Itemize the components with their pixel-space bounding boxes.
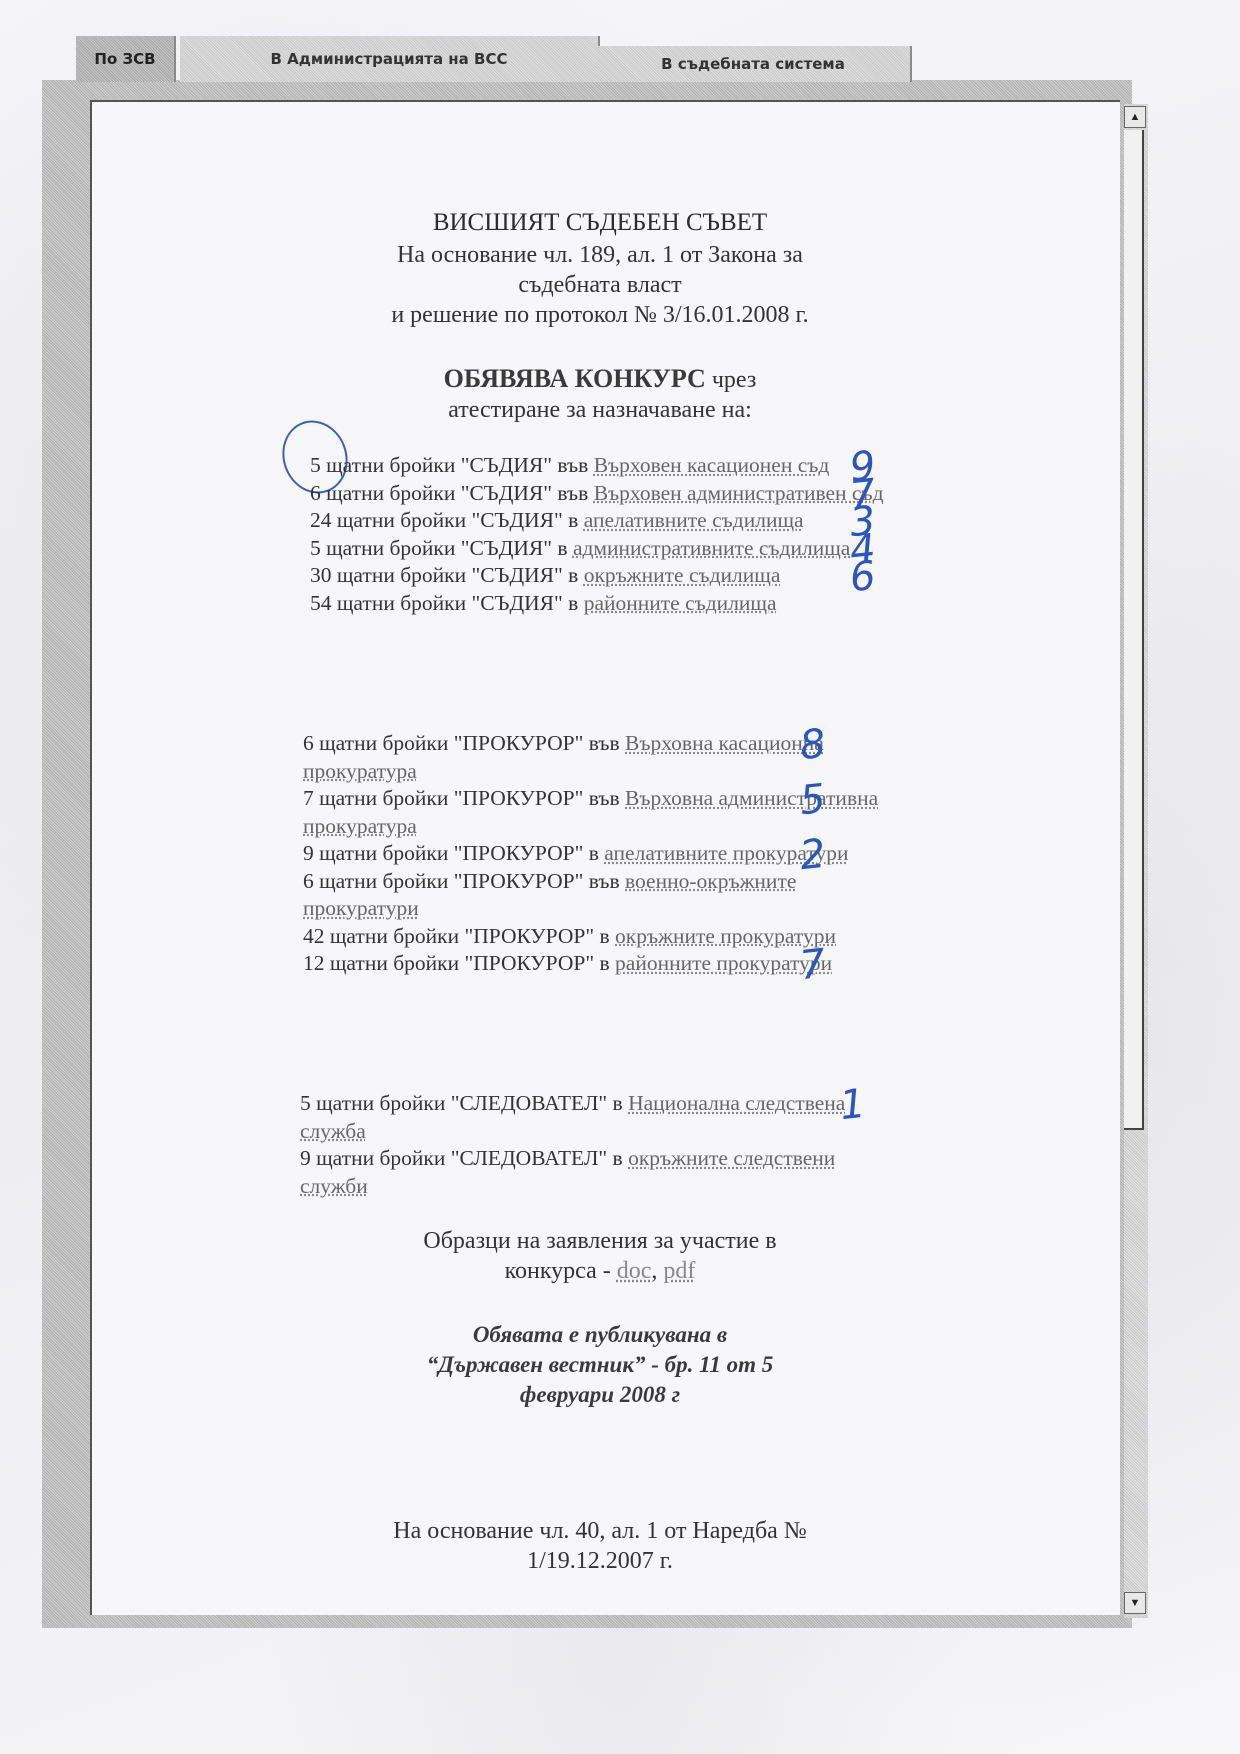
position-count-text: 9 щатни бройки "СЛЕДОВАТЕЛ" в bbox=[300, 1146, 628, 1170]
position-item: 5 щатни бройки "СЪДИЯ" в административни… bbox=[310, 535, 910, 563]
handwritten-number: 2 bbox=[798, 831, 828, 879]
handwritten-number: 8 bbox=[798, 721, 828, 769]
position-item: 5 щатни бройки "СЪДИЯ" във Върховен каса… bbox=[310, 452, 910, 480]
position-count-text: 5 щатни бройки "СЪДИЯ" във bbox=[310, 453, 594, 477]
institution-link[interactable]: районните съдилища bbox=[584, 591, 777, 615]
council-title: ВИСШИЯТ СЪДЕБЕН СЪВЕТ bbox=[220, 208, 980, 238]
publication-note: Обявата е публикувана в “Държавен вестни… bbox=[220, 1320, 980, 1410]
position-item: 6 щатни бройки "СЪДИЯ" във Върховен адми… bbox=[310, 480, 910, 508]
arrow-down-icon: ▼ bbox=[1130, 1597, 1141, 1609]
position-count-text: 6 щатни бройки "ПРОКУРОР" във bbox=[303, 731, 625, 755]
position-count-text: 54 щатни бройки "СЪДИЯ" в bbox=[310, 591, 584, 615]
position-count-text: 30 щатни бройки "СЪДИЯ" в bbox=[310, 563, 584, 587]
handwritten-number: 5 bbox=[798, 776, 828, 824]
tab-po-zsv[interactable]: По ЗСВ bbox=[76, 36, 176, 82]
position-count-text: 6 щатни бройки "СЪДИЯ" във bbox=[310, 481, 594, 505]
position-count-text: 24 щатни бройки "СЪДИЯ" в bbox=[310, 508, 584, 532]
tab-bar: По ЗСВ В Администрацията на ВСС В съдебн… bbox=[76, 36, 912, 82]
scroll-down-button[interactable]: ▼ bbox=[1124, 1592, 1146, 1614]
institution-link[interactable]: окръжните съдилища bbox=[584, 563, 781, 587]
vertical-scrollbar[interactable]: ▲ ▼ bbox=[1124, 104, 1148, 1618]
position-item: 5 щатни бройки "СЛЕДОВАТЕЛ" в Национална… bbox=[300, 1090, 900, 1145]
competition-announcement: ОБЯВЯВА КОНКУРС чрез атестиране за назна… bbox=[220, 364, 980, 425]
investigators-list: 5 щатни бройки "СЛЕДОВАТЕЛ" в Национална… bbox=[300, 1090, 900, 1200]
position-count-text: 5 щатни бройки "СЛЕДОВАТЕЛ" в bbox=[300, 1091, 628, 1115]
handwritten-number: 6 bbox=[848, 553, 878, 601]
scroll-up-button[interactable]: ▲ bbox=[1124, 106, 1146, 128]
doc-link[interactable]: doc bbox=[617, 1258, 652, 1284]
handwritten-number: 1 bbox=[838, 1081, 868, 1129]
position-item: 24 щатни бройки "СЪДИЯ" в апелативните с… bbox=[310, 507, 910, 535]
position-count-text: 42 щатни бройки "ПРОКУРОР" в bbox=[303, 924, 615, 948]
tab-administration[interactable]: В Администрацията на ВСС bbox=[180, 36, 600, 82]
position-count-text: 12 щатни бройки "ПРОКУРОР" в bbox=[303, 951, 615, 975]
application-forms: Образци на заявления за участие в конкур… bbox=[220, 1226, 980, 1286]
institution-link[interactable]: административните съдилища bbox=[573, 536, 850, 560]
position-count-text: 6 щатни бройки "ПРОКУРОР" във bbox=[303, 869, 625, 893]
handwritten-number: 7 bbox=[798, 941, 828, 989]
position-count-text: 9 щатни бройки "ПРОКУРОР" в bbox=[303, 841, 604, 865]
position-item: 9 щатни бройки "СЛЕДОВАТЕЛ" в окръжните … bbox=[300, 1145, 900, 1200]
position-item: 30 щатни бройки "СЪДИЯ" в окръжните съди… bbox=[310, 562, 910, 590]
pdf-link[interactable]: pdf bbox=[663, 1258, 695, 1284]
institution-link[interactable]: апелативните съдилища bbox=[584, 508, 804, 532]
legal-basis: На основание чл. 189, ал. 1 от Закона за… bbox=[220, 240, 980, 330]
institution-link[interactable]: Върховен административен съд bbox=[594, 481, 884, 505]
ordinance-basis: На основание чл. 40, ал. 1 от Наредба № … bbox=[220, 1516, 980, 1576]
scroll-thumb[interactable] bbox=[1124, 130, 1144, 1130]
judges-list: 5 щатни бройки "СЪДИЯ" във Върховен каса… bbox=[310, 452, 910, 617]
institution-link[interactable]: Върховен касационен съд bbox=[594, 453, 830, 477]
position-item: 54 щатни бройки "СЪДИЯ" в районните съди… bbox=[310, 590, 910, 618]
arrow-up-icon: ▲ bbox=[1130, 111, 1141, 123]
position-count-text: 5 щатни бройки "СЪДИЯ" в bbox=[310, 536, 573, 560]
tab-judicial-system[interactable]: В съдебната система bbox=[596, 46, 912, 82]
position-count-text: 7 щатни бройки "ПРОКУРОР" във bbox=[303, 786, 625, 810]
